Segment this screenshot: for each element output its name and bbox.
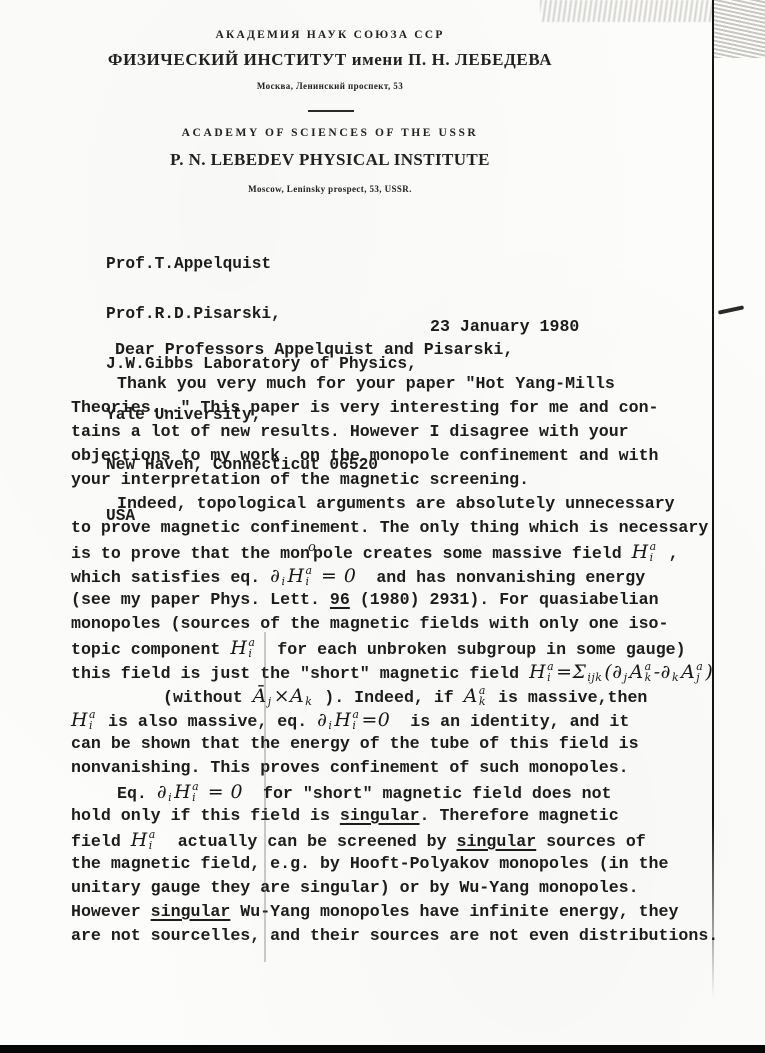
text-run: field <box>71 832 131 851</box>
math-atom: Hai <box>632 541 659 563</box>
math-base: A <box>681 661 695 683</box>
math-subscript: i <box>89 721 96 732</box>
text-run: sources of <box>536 832 646 851</box>
math-subscript: i <box>650 553 657 564</box>
math-subscript: i <box>149 841 156 852</box>
letter-line: are not sourcelles, and their sources ar… <box>71 924 718 948</box>
math-atom: Hai <box>334 709 361 731</box>
text-run: which satisfies eq. <box>71 568 270 587</box>
scan-noise-top <box>540 0 712 22</box>
letterhead-divider <box>308 110 354 112</box>
math-base: = 0 <box>315 565 357 587</box>
math-expression: Āj×Ak <box>253 685 315 707</box>
math-atom: Aaj <box>681 661 705 683</box>
paper-fold-crease <box>264 632 266 962</box>
math-scripts: i <box>168 782 172 804</box>
letter-line: monopoles (sources of the magnetic field… <box>71 612 718 636</box>
letter-line: nonvanishing. This proves confinement of… <box>71 756 718 780</box>
text-run: hold only if this field is <box>71 806 340 825</box>
math-scripts: ak <box>479 686 486 708</box>
letter-line: the magnetic field, e.g. by Hooft-Polyak… <box>71 852 718 876</box>
math-scripts: ai <box>352 710 359 732</box>
math-subscript: i <box>192 793 199 804</box>
scanned-letter-page: АКАДЕМИЯ НАУК СОЮЗА ССР ФИЗИЧЕСКИЙ ИНСТИ… <box>0 0 765 1053</box>
math-atom: Hai <box>174 781 201 803</box>
math-atom: ∂j <box>612 661 629 683</box>
math-scripts: ai <box>650 542 657 564</box>
text-run: and has nonvanishing energy <box>356 568 645 587</box>
math-scripts: i <box>328 710 332 732</box>
letter-line: However singular Wu-Yang monopoles have … <box>71 900 718 924</box>
math-base: H <box>174 781 191 803</box>
text-run: topic component <box>71 640 230 659</box>
text-run: your interpretation of the magnetic scre… <box>71 470 529 489</box>
math-expression: Hai <box>131 829 158 851</box>
text-run: for each unbroken subgroup in some gauge… <box>257 640 685 659</box>
math-scripts: k <box>305 686 312 708</box>
math-base: A <box>629 661 643 683</box>
math-base: ∂ <box>612 661 622 683</box>
math-base: = <box>556 661 572 683</box>
underlined-text: singular <box>151 902 231 921</box>
math-atom: × <box>274 685 290 707</box>
letter-body: Dear Professors Appelquist and Pisarski,… <box>71 338 718 948</box>
letter-line: (without Āj×Ak ). Indeed, if Aak is mass… <box>71 684 718 708</box>
text-run: monopoles (sources of the magnetic field… <box>71 614 668 633</box>
math-subscript: i <box>547 673 554 684</box>
text-run: Thank you very much for your paper "Hot … <box>117 374 615 393</box>
math-atom: Hai <box>287 565 314 587</box>
math-subscript: i <box>352 721 359 732</box>
letterhead-ru-academy: АКАДЕМИЯ НАУК СОЮЗА ССР <box>0 29 660 41</box>
letter-line: this field is just the "short" magnetic … <box>71 660 718 684</box>
math-expression: Hai=Σijk(∂jAak-∂kAaj) <box>529 661 713 683</box>
text-run: tains a lot of new results. However I di… <box>71 422 629 441</box>
math-subscript: i <box>328 721 332 732</box>
text-run: is an identity, and it <box>390 712 629 731</box>
math-subscript: k <box>672 673 679 684</box>
letter-line: objections to my work on the monopole co… <box>71 444 718 468</box>
math-base: = 0 <box>201 781 243 803</box>
math-expression: Hai <box>230 637 257 659</box>
text-run: . Therefore magnetic <box>420 806 619 825</box>
math-expression: ∂iHai=0 <box>317 709 390 731</box>
math-expression: Aak <box>464 685 488 707</box>
text-run: Wu-Yang monopoles have infinite energy, … <box>230 902 678 921</box>
text-run: (see my paper Phys. Lett. <box>71 590 330 609</box>
recipient-line: Prof.T.Appelquist <box>106 256 417 273</box>
math-atom: = <box>556 661 572 683</box>
math-expression: Hai <box>71 709 98 731</box>
math-scripts: j <box>268 686 272 708</box>
math-atom: =0 <box>361 709 390 731</box>
letter-line: tains a lot of new results. However I di… <box>71 420 718 444</box>
math-base: - <box>654 661 661 683</box>
math-expression: ∂iHai = 0 <box>157 781 243 803</box>
letterhead-en-address: Moscow, Leninsky prospect, 53, USSR. <box>0 184 660 194</box>
text-run: Indeed, topological arguments are absolu… <box>117 494 675 513</box>
text-run: ). Indeed, if <box>314 688 463 707</box>
letter-line: can be shown that the energy of the tube… <box>71 732 718 756</box>
scan-edge-line <box>712 0 714 998</box>
math-atom: Σijk <box>572 661 604 683</box>
math-scripts: ai <box>547 662 554 684</box>
math-atom: ∂k <box>661 661 681 683</box>
text-run: can be shown that the energy of the tube… <box>71 734 639 753</box>
math-base: ∂ <box>317 709 327 731</box>
text-run: are not sourcelles, and their sources ar… <box>71 926 718 945</box>
math-expression: ∂iHai = 0 <box>270 565 356 587</box>
math-atom: Ak <box>290 685 314 707</box>
letter-line: which satisfies eq. ∂iHai = 0 and has no… <box>71 564 718 588</box>
scan-bottom-bar <box>0 1045 765 1053</box>
underlined-text: singular <box>340 806 420 825</box>
scan-mark-dash <box>718 305 744 314</box>
math-subscript: ijk <box>587 673 602 684</box>
letter-line: Eq. ∂iHai = 0 for "short" magnetic field… <box>71 780 718 804</box>
math-base: × <box>274 685 290 707</box>
text-run: unitary gauge they are singular) or by W… <box>71 878 639 897</box>
math-scripts: ak <box>645 662 652 684</box>
text-run: , <box>659 544 679 563</box>
letter-line: Hai is also massive, eq. ∂iHai=0 is an i… <box>71 708 718 732</box>
text-run: Eq. <box>117 784 157 803</box>
math-atom: Hai <box>131 829 158 851</box>
math-base: ∂ <box>157 781 167 803</box>
text-run: the magnetic field, e.g. by Hooft-Polyak… <box>71 854 668 873</box>
letterhead-ru-institute: ФИЗИЧЕСКИЙ ИНСТИТУТ имени П. Н. ЛЕБЕДЕВА <box>0 50 660 70</box>
math-atom: Hai <box>529 661 556 683</box>
letter-line: (see my paper Phys. Lett. 96 (1980) 2931… <box>71 588 718 612</box>
math-scripts: ai <box>248 638 255 660</box>
letter-line: field Hai actually can be screened by si… <box>71 828 718 852</box>
text-run: Theories..." This paper is very interest… <box>71 398 659 417</box>
math-subscript: i <box>248 649 255 660</box>
letter-line: Indeed, topological arguments are absolu… <box>71 492 718 516</box>
math-subscript: k <box>305 697 312 708</box>
math-base: Σ <box>572 661 586 683</box>
text-run: actually can be screened by <box>158 832 457 851</box>
letter-line: Theories..." This paper is very interest… <box>71 396 718 420</box>
math-subscript: k <box>479 697 486 708</box>
date-line: 23 January 1980 <box>430 317 579 336</box>
math-subscript: k <box>645 673 652 684</box>
underlined-text: singular <box>457 832 537 851</box>
math-scripts: ijk <box>587 662 602 684</box>
math-base: H <box>632 541 649 563</box>
letter-line: hold only if this field is singular. The… <box>71 804 718 828</box>
letterhead-en-institute: P. N. LEBEDEV PHYSICAL INSTITUTE <box>0 150 660 170</box>
math-subscript: i <box>168 793 172 804</box>
math-atom: ∂i <box>270 565 287 587</box>
math-subscript: i <box>305 577 312 588</box>
text-run: for "short" magnetic field does not <box>243 784 611 803</box>
underlined-text: 96 <box>330 590 350 609</box>
math-base: ∂ <box>270 565 280 587</box>
text-run: objections to my work on the monopole co… <box>71 446 659 465</box>
scan-noise-corner <box>714 0 765 58</box>
math-scripts: ai <box>192 782 199 804</box>
math-atom: - <box>654 661 661 683</box>
math-base: H <box>334 709 351 731</box>
math-base: H <box>131 829 148 851</box>
math-expression: Hai <box>632 541 659 563</box>
math-base: ∂ <box>661 661 671 683</box>
math-atom: Hai <box>230 637 257 659</box>
math-base: A <box>464 685 478 707</box>
inserted-correction: o <box>308 536 315 560</box>
math-base: H <box>287 565 304 587</box>
math-atom: Aak <box>464 685 488 707</box>
math-atom: Hai <box>71 709 98 731</box>
text-run: this field is just the "short" magnetic … <box>71 664 529 683</box>
text-run: to prove magnetic confinement. The only … <box>71 518 708 537</box>
math-atom: ∂i <box>317 709 334 731</box>
text-run: is massive,then <box>488 688 647 707</box>
letter-line: to prove magnetic confinement. The only … <box>71 516 718 540</box>
math-atom: = 0 <box>201 781 243 803</box>
math-scripts: j <box>624 662 628 684</box>
math-base: H <box>230 637 247 659</box>
math-base: H <box>71 709 88 731</box>
text-run: nonvanishing. This proves confinement of… <box>71 758 629 777</box>
math-atom: = 0 <box>315 565 357 587</box>
text-run: (without <box>163 688 253 707</box>
math-atom: Aak <box>629 661 653 683</box>
math-base: A <box>290 685 304 707</box>
math-subscript: j <box>696 673 703 684</box>
math-base: =0 <box>361 709 390 731</box>
letter-line: your interpretation of the magnetic scre… <box>71 468 718 492</box>
letter-line: Thank you very much for your paper "Hot … <box>71 372 718 396</box>
math-atom: ∂i <box>157 781 174 803</box>
math-subscript: i <box>281 577 285 588</box>
math-scripts: ai <box>305 566 312 588</box>
text-run: (1980) 2931). For quasiabelian <box>350 590 659 609</box>
text-run: is to prove that the mon <box>71 544 310 563</box>
letterhead-ru-address: Москва, Ленинский проспект, 53 <box>0 81 660 91</box>
recipient-line: Prof.R.D.Pisarski, <box>106 306 417 323</box>
letter-line: topic component Hai for each unbroken su… <box>71 636 718 660</box>
math-scripts: k <box>672 662 679 684</box>
math-scripts: i <box>281 566 285 588</box>
math-scripts: aj <box>696 662 703 684</box>
text-run: is also massive, eq. <box>98 712 317 731</box>
math-scripts: ai <box>149 830 156 852</box>
text-run: However <box>71 902 151 921</box>
letterhead-en-academy: ACADEMY OF SCIENCES OF THE USSR <box>0 127 660 139</box>
text-run: Dear Professors Appelquist and Pisarski, <box>115 340 513 359</box>
letter-line: unitary gauge they are singular) or by W… <box>71 876 718 900</box>
math-subscript: j <box>624 673 628 684</box>
letter-line: Dear Professors Appelquist and Pisarski, <box>71 338 718 362</box>
math-scripts: ai <box>89 710 96 732</box>
letter-line: is to prove that the monopole creates so… <box>71 540 718 564</box>
math-base: H <box>529 661 546 683</box>
text-run: pole creates some massive field <box>313 544 632 563</box>
math-subscript: j <box>268 697 272 708</box>
